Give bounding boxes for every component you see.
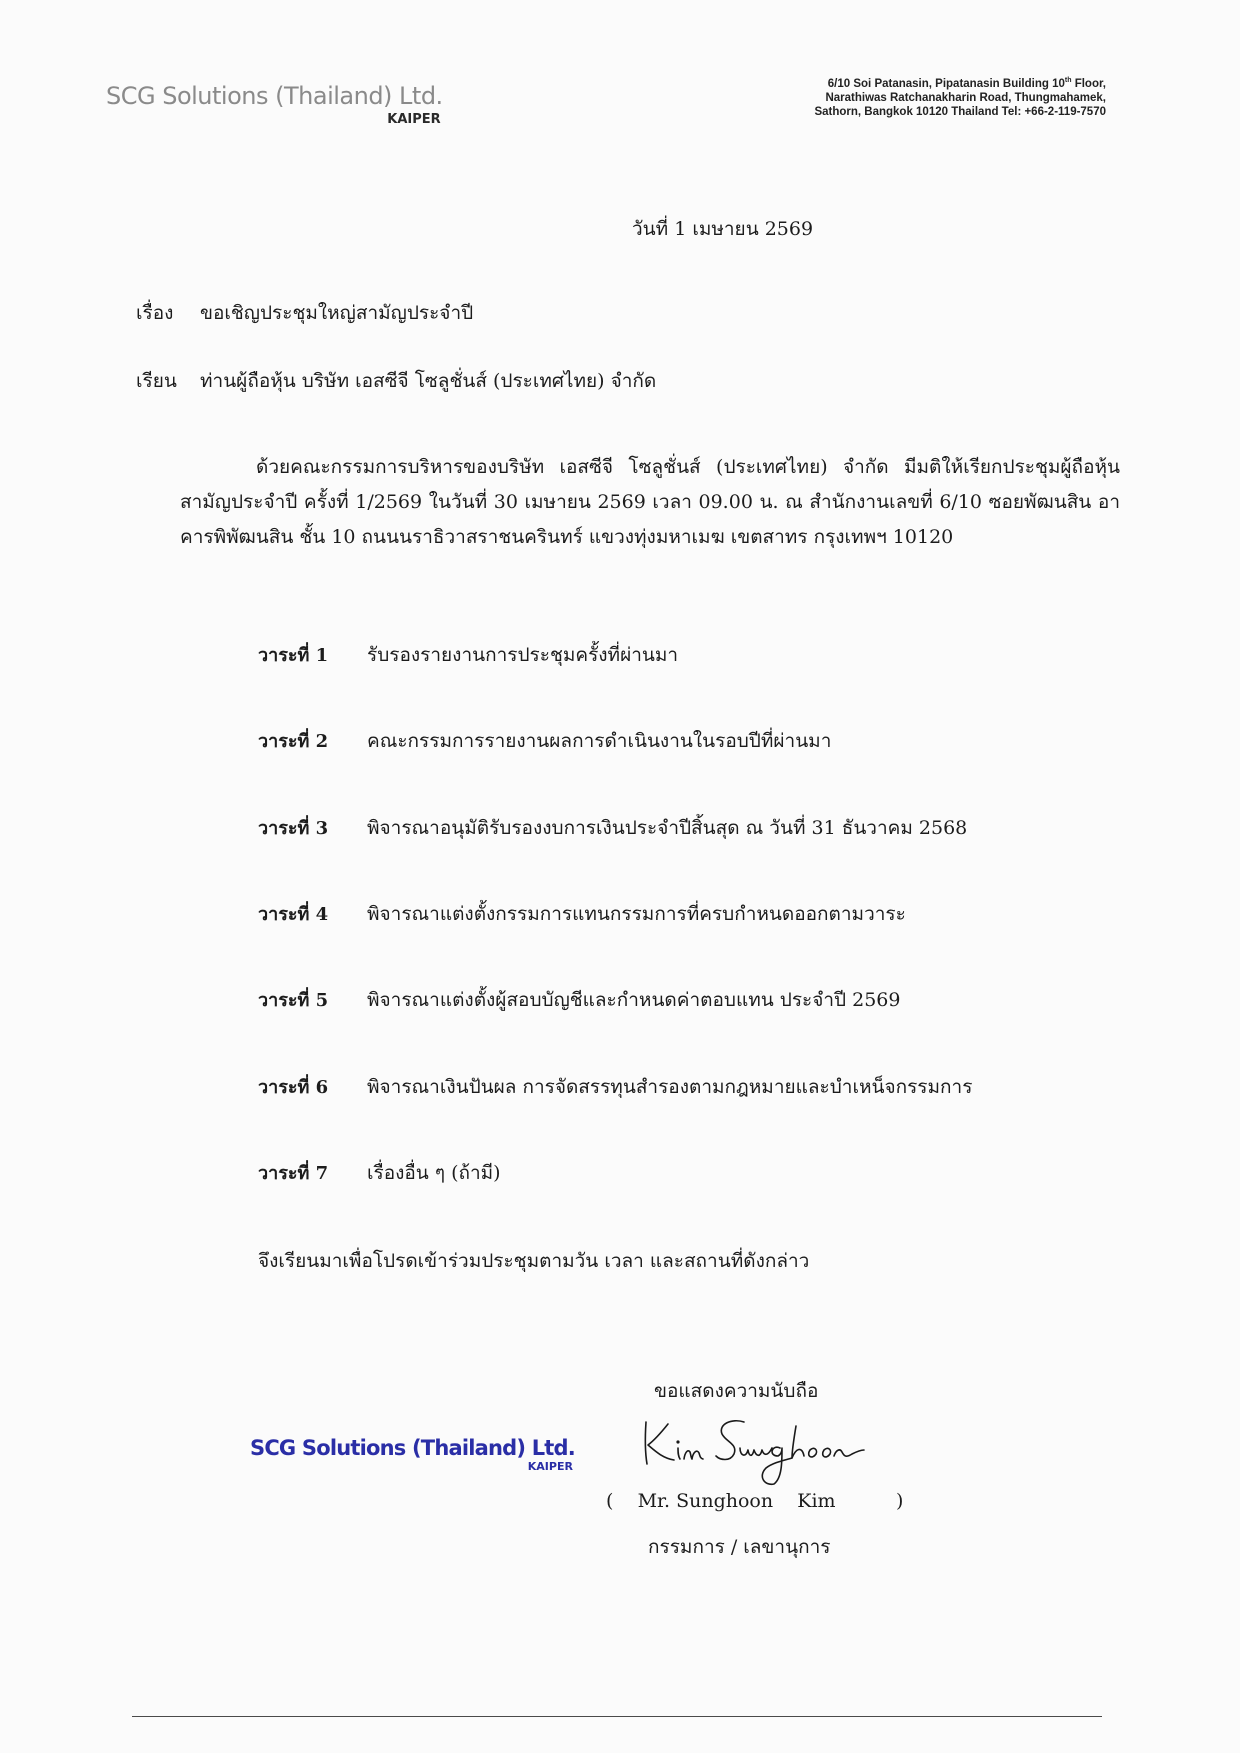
letter-closing: จึงเรียนมาเพื่อโปรดเข้าร่วมประชุมตามวัน … [258,1246,809,1276]
address-line-3: Sathorn, Bangkok 10120 Thailand Tel: +66… [814,105,1106,119]
recipient-text: ท่านผู้ถือหุ้น บริษัท เอสซีจี โซลูชั่นส์… [200,370,656,392]
signature-image [640,1412,870,1496]
subject-text: ขอเชิญประชุมใหญ่สามัญประจำปี [200,302,473,324]
agenda-item: วาระที่ 3พิจารณาอนุมัติรับรองงบการเงินปร… [258,813,967,843]
agenda-item: วาระที่ 4พิจารณาแต่งตั้งกรรมการแทนกรรมกา… [258,899,906,929]
agenda-item: วาระที่ 2คณะกรรมการรายงานผลการดำเนินงานใ… [258,726,831,756]
stamp-company-name: SCG Solutions (Thailand) Ltd. [250,1436,575,1460]
letterhead-company-name: SCG Solutions (Thailand) Ltd. [106,82,443,110]
agenda-item: วาระที่ 6พิจารณาเงินปันผล การจัดสรรทุนสำ… [258,1072,972,1102]
address-line-1: 6/10 Soi Patanasin, Pipatanasin Building… [814,74,1106,91]
letter-subject: เรื่องขอเชิญประชุมใหญ่สามัญประจำปี [136,298,473,328]
letter-date: วันที่ 1 เมษายน 2569 [632,214,813,244]
letter-recipient: เรียนท่านผู้ถือหุ้น บริษัท เอสซีจี โซลูช… [136,366,656,396]
signer-name: ( Mr. Sunghoon Kim ) [606,1490,903,1512]
letterhead-address: 6/10 Soi Patanasin, Pipatanasin Building… [814,74,1106,119]
regards-text: ขอแสดงความนับถือ [654,1376,818,1406]
subject-label: เรื่อง [136,298,200,328]
address-line-2: Narathiwas Ratchanakharin Road, Thungmah… [814,91,1106,105]
agenda-item: วาระที่ 7เรื่องอื่น ๆ (ถ้ามี) [258,1158,501,1188]
signer-title: กรรมการ / เลขานุการ [648,1532,830,1562]
letterhead-logo: SCG Solutions (Thailand) Ltd. KAIPER [106,82,443,110]
recipient-label: เรียน [136,366,200,396]
footer-divider [132,1716,1102,1717]
agenda-item: วาระที่ 1รับรองรายงานการประชุมครั้งที่ผ่… [258,640,678,670]
handwritten-signature-icon [640,1412,870,1492]
body-text: ด้วยคณะกรรมการบริหารของบริษัท เอสซีจี โซ… [180,456,1120,548]
letterhead-brand: KAIPER [387,112,440,127]
letter-body: ด้วยคณะกรรมการบริหารของบริษัท เอสซีจี โซ… [180,450,1120,555]
company-stamp: SCG Solutions (Thailand) Ltd. KAIPER [250,1436,575,1460]
agenda-item: วาระที่ 5พิจารณาแต่งตั้งผู้สอบบัญชีและกำ… [258,985,900,1015]
stamp-brand: KAIPER [528,1460,573,1473]
